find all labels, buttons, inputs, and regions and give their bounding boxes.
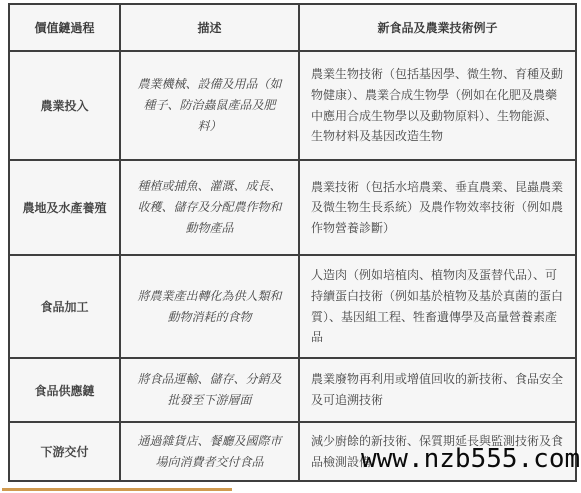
page: 價值鏈過程 描述 新食品及農業技術例子 農業投入 農業機械、設備及用品（如種子、… xyxy=(0,0,581,493)
cell-description: 通過雜貨店、餐廳及國際市場向消費者交付食品 xyxy=(120,422,299,481)
cell-examples: 農業廢物再利用或增值回收的新技術、食品安全及可追溯技術 xyxy=(299,358,576,422)
cell-description: 將農業產出轉化為供人類和動物消耗的食物 xyxy=(120,255,299,358)
cell-process: 下游交付 xyxy=(9,422,120,481)
table-row: 食品加工 將農業產出轉化為供人類和動物消耗的食物 人造肉（例如培植肉、植物肉及蛋… xyxy=(9,255,576,358)
header-process: 價值鏈過程 xyxy=(9,4,120,51)
table-row: 農地及水產養殖 種植或捕魚、灌溉、成長、收穫、儲存及分配農作物和動物產品 農業技… xyxy=(9,160,576,255)
cell-process: 農地及水產養殖 xyxy=(9,160,120,255)
cell-examples: 人造肉（例如培植肉、植物肉及蛋替代品）、可持續蛋白技術（例如基於植物及基於真菌的… xyxy=(299,255,576,358)
table-row: 農業投入 農業機械、設備及用品（如種子、防治蟲鼠產品及肥料） 農業生物技術（包括… xyxy=(9,51,576,160)
header-description: 描述 xyxy=(120,4,299,51)
table-row: 食品供應鏈 將食品運輸、儲存、分銷及批發至下游層面 農業廢物再利用或增值回收的新… xyxy=(9,358,576,422)
cell-process: 食品供應鏈 xyxy=(9,358,120,422)
watermark-text: www.nzb555.com xyxy=(361,444,580,474)
cell-process: 農業投入 xyxy=(9,51,120,160)
cell-description: 農業機械、設備及用品（如種子、防治蟲鼠產品及肥料） xyxy=(120,51,299,160)
cell-examples: 農業技術（包括水培農業、垂直農業、昆蟲農業及微生物生長系統）及農作物效率技術（例… xyxy=(299,160,576,255)
cell-process: 食品加工 xyxy=(9,255,120,358)
cell-examples: 農業生物技術（包括基因學、微生物、育種及動物健康）、農業合成生物學（例如在化肥及… xyxy=(299,51,576,160)
table-header-row: 價值鏈過程 描述 新食品及農業技術例子 xyxy=(9,4,576,51)
cell-description: 種植或捕魚、灌溉、成長、收穫、儲存及分配農作物和動物產品 xyxy=(120,160,299,255)
cell-description: 將食品運輸、儲存、分銷及批發至下游層面 xyxy=(120,358,299,422)
value-chain-table: 價值鏈過程 描述 新食品及農業技術例子 農業投入 農業機械、設備及用品（如種子、… xyxy=(8,3,577,482)
bottom-rule-divider xyxy=(2,488,232,491)
header-examples: 新食品及農業技術例子 xyxy=(299,4,576,51)
